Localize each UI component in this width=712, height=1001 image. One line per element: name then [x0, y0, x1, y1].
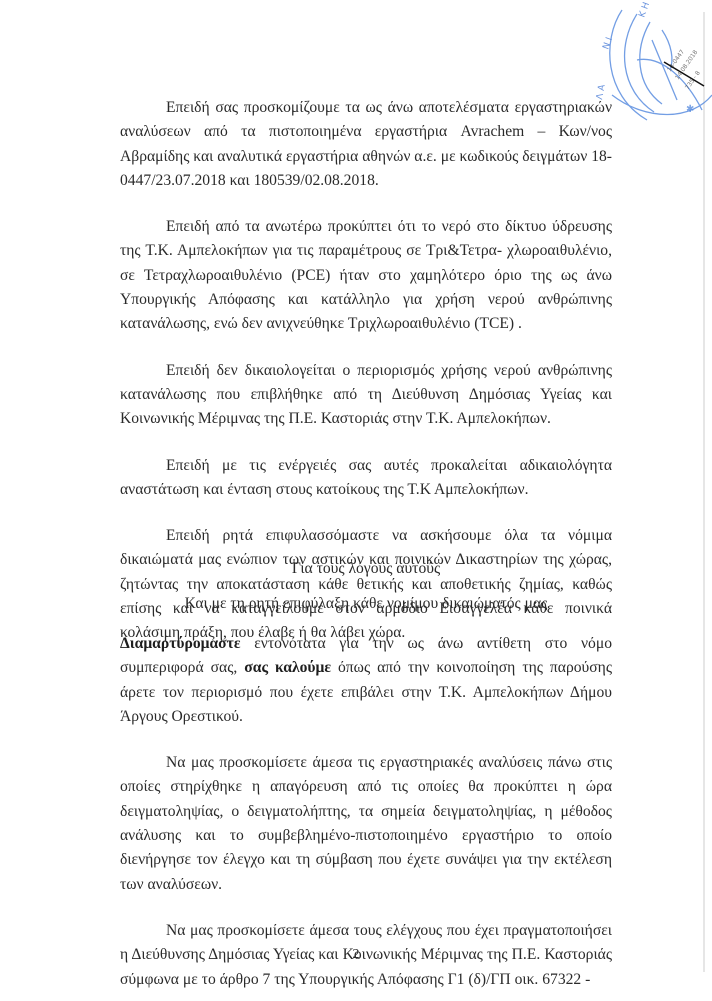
paragraph-restriction-unjustified: Επειδή δεν δικαιολογείται ο περιορισμός … [120, 359, 612, 432]
paragraph-request-analyses: Να μας προσκομίσετε άμεσα τις εργαστηρια… [120, 751, 612, 897]
page-edge-line [703, 12, 705, 972]
svg-text:Ν Ι: Ν Ι [601, 36, 615, 51]
page-number: 2 [0, 947, 712, 963]
document-body-bottom: Διαμαρτύρομαστε εντονότατα για την ως άν… [120, 632, 612, 992]
svg-text:Κ Η: Κ Η [637, 1, 652, 19]
paragraph-legal-rights: Επειδή ρητά επιφυλασσόμαστε να ασκήσουμε… [120, 524, 612, 645]
paragraph-demand: Διαμαρτύρομαστε εντονότατα για την ως άν… [120, 632, 612, 729]
paragraph-lab-results: Επειδή σας προσκομίζουμε τα ως άνω αποτε… [120, 96, 612, 193]
demand-call-bold: σας καλούμε [244, 659, 331, 676]
svg-text:735 - 8: 735 - 8 [684, 70, 702, 92]
svg-text:✱: ✱ [686, 104, 694, 115]
paragraph-unrest: Επειδή με τις ενέργειές σας αυτές προκαλ… [120, 454, 612, 503]
paragraph-water-quality: Επειδή από τα ανωτέρω προκύπτει ότι το ν… [120, 215, 612, 336]
heading-reservation-of-rights: Και με τη ρητή επιφύλαξη κάθε νομίμου δι… [120, 595, 612, 613]
demand-protest-bold: Διαμαρτύρομαστε [120, 635, 241, 652]
heading-for-these-reasons: Για τους λόγους αυτούς [120, 560, 612, 578]
